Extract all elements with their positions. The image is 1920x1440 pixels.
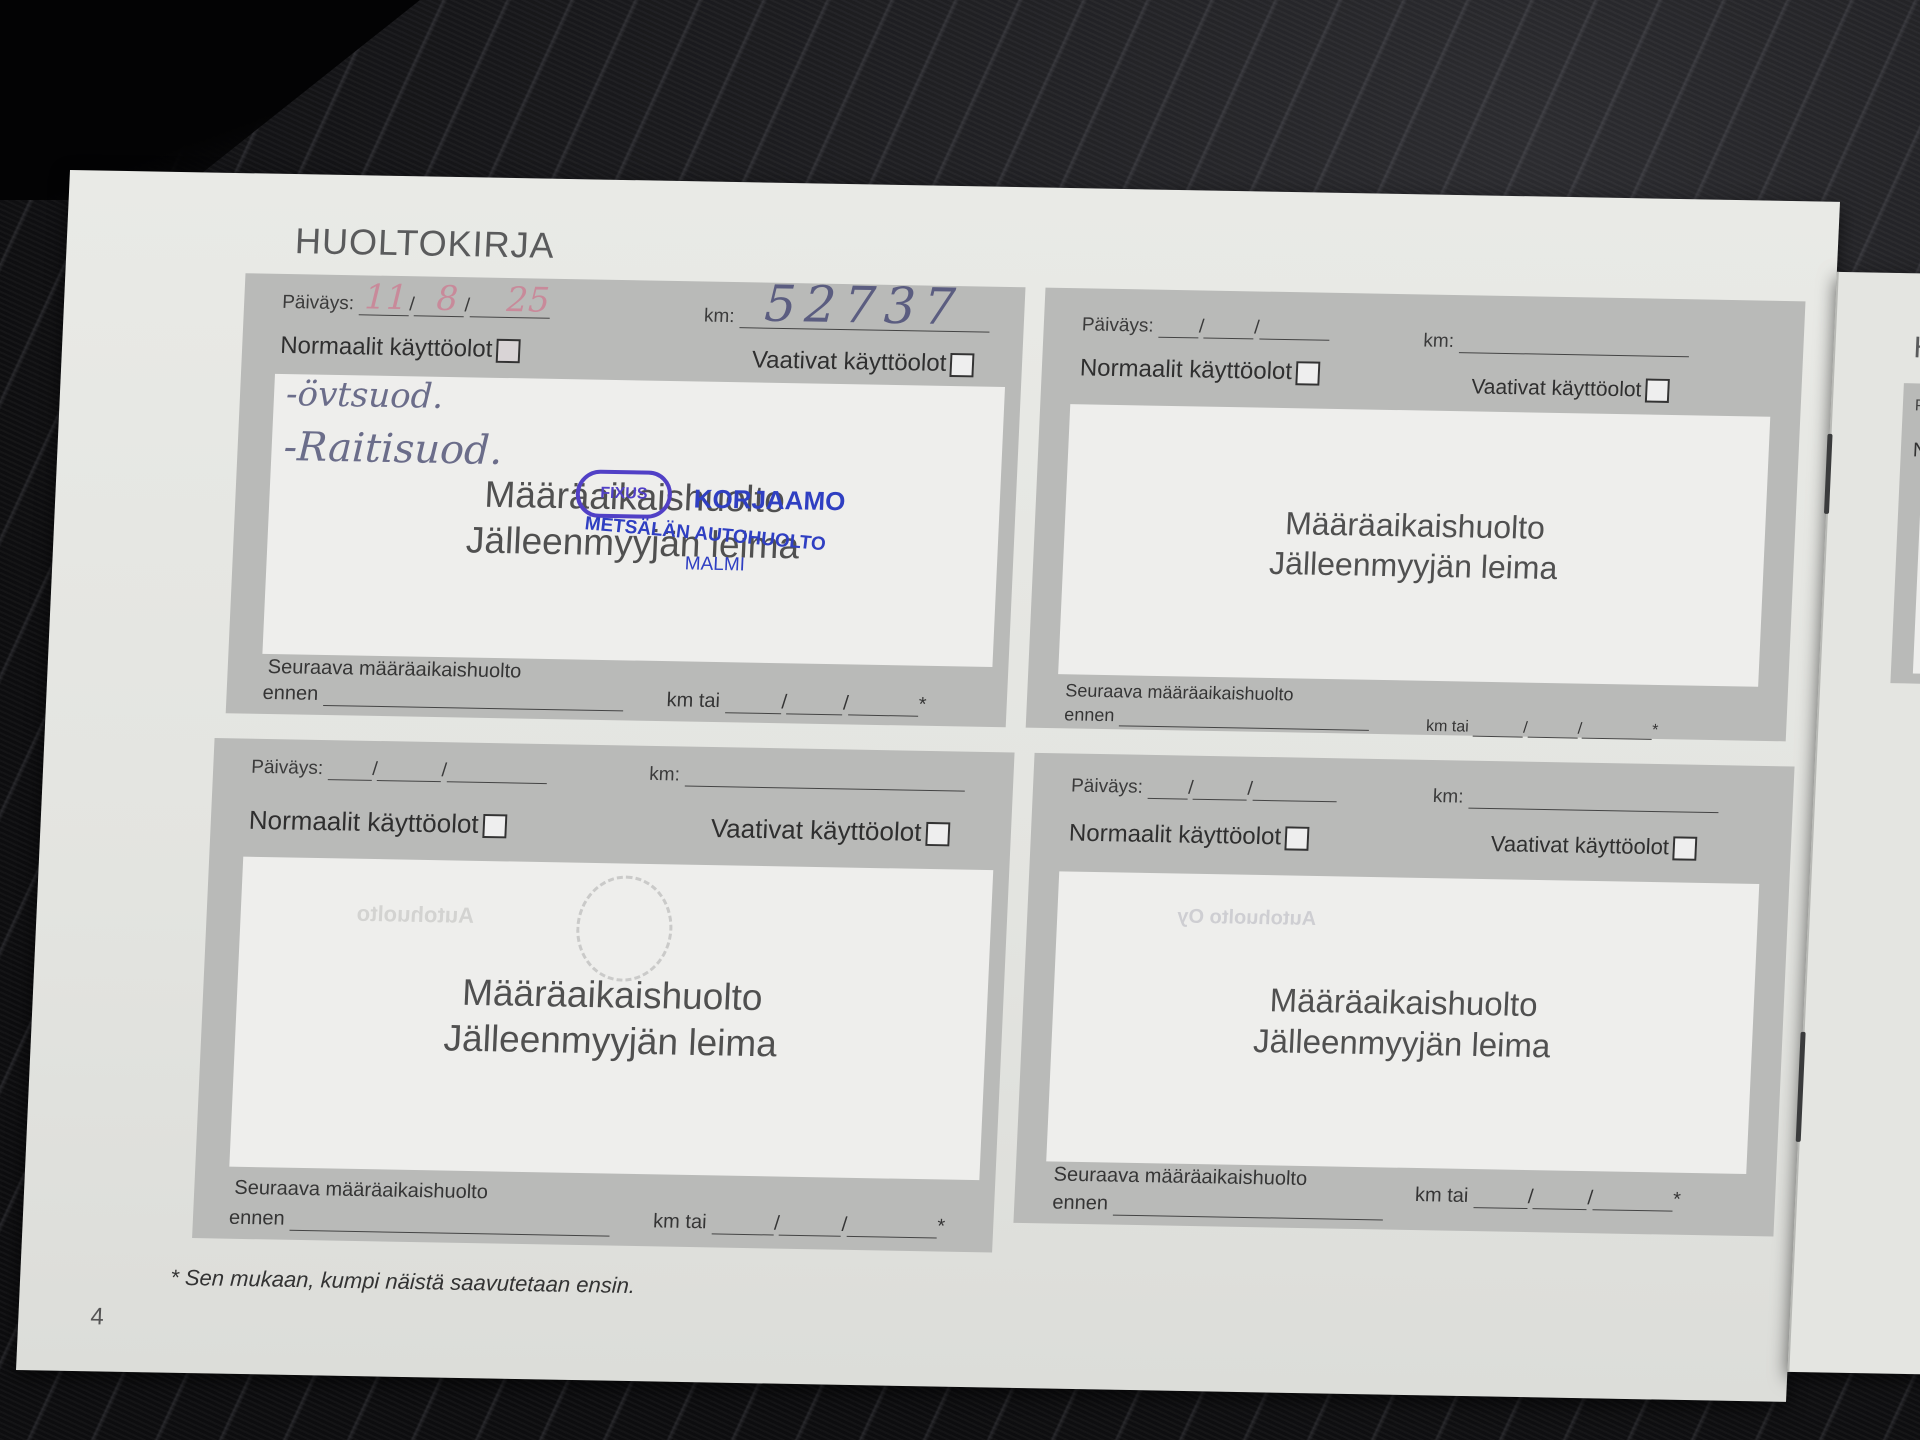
next-service-date-field[interactable]: km tai //* xyxy=(653,1210,946,1238)
handwritten-km: 52737 xyxy=(763,275,965,337)
asterisk: * xyxy=(1673,1189,1682,1211)
next-page-normal-label: Norm xyxy=(1912,439,1920,463)
before-label: ennen xyxy=(229,1207,286,1230)
page-number: 4 xyxy=(90,1303,105,1331)
normal-conditions-checkbox[interactable] xyxy=(1295,361,1320,385)
km-field[interactable]: km: xyxy=(649,764,966,792)
normal-conditions-label: Normaalit käyttöolot xyxy=(1068,820,1281,851)
before-label: ennen xyxy=(262,682,319,705)
km-field[interactable]: km: xyxy=(1432,786,1719,813)
km-or-label: km tai xyxy=(666,689,720,712)
before-label: ennen xyxy=(1064,704,1115,725)
km-or-label: km tai xyxy=(1415,1184,1469,1207)
normal-conditions-option[interactable]: Normaalit käyttöolot xyxy=(248,805,507,841)
handwritten-note-2: -Raitisuod. xyxy=(283,424,504,474)
demanding-conditions-checkbox[interactable] xyxy=(925,822,950,846)
normal-conditions-label: Normaalit käyttöolot xyxy=(1079,354,1292,385)
demanding-conditions-checkbox[interactable] xyxy=(1645,379,1670,403)
next-service-before-field[interactable]: ennen xyxy=(1052,1192,1384,1221)
next-service-label: Seuraava määräaikaishuolto xyxy=(1053,1164,1308,1192)
stamp-label-line1: Määräaikaishuolto xyxy=(1284,503,1546,548)
next-service-before-field[interactable]: ennen xyxy=(262,682,624,712)
date-field[interactable]: Päiväys: // xyxy=(1071,776,1338,803)
demanding-conditions-label: Vaativat käyttöolot xyxy=(1490,831,1669,859)
km-label: km: xyxy=(1432,786,1464,808)
asterisk: * xyxy=(918,694,927,716)
normal-conditions-checkbox[interactable] xyxy=(496,338,521,362)
normal-conditions-option[interactable]: Normaalit käyttöolot xyxy=(1068,820,1309,852)
stamp-location: MALMI xyxy=(684,553,745,576)
stamp-label-line1: Määräaikaishuolto xyxy=(1269,979,1539,1025)
normal-conditions-option[interactable]: Normaalit käyttöolot xyxy=(280,332,521,364)
demanding-conditions-label: Vaativat käyttöolot xyxy=(1471,375,1642,401)
demanding-conditions-label: Vaativat käyttöolot xyxy=(710,813,922,847)
next-page-title: HUOL xyxy=(1913,331,1920,367)
km-label: km: xyxy=(703,306,735,328)
service-entry-3: Päiväys: // km: Normaalit käyttöolot Vaa… xyxy=(192,738,1015,1252)
demanding-conditions-label: Vaativat käyttöolot xyxy=(751,346,947,376)
next-service-label: Seuraava määräaikaishuolto xyxy=(1065,680,1294,705)
handwritten-note-1: -övtsuod. xyxy=(285,374,444,417)
date-label: Päiväys: xyxy=(251,757,324,779)
before-label: ennen xyxy=(1052,1192,1109,1215)
km-label: km: xyxy=(1423,330,1455,352)
next-service-date-field[interactable]: km tai //* xyxy=(1414,1184,1681,1212)
next-service-before-field[interactable]: ennen xyxy=(228,1207,610,1237)
normal-conditions-checkbox[interactable] xyxy=(482,814,507,838)
service-entry-1: Päiväys: // 11 8 25 km: 52737 Normaalit … xyxy=(226,273,1026,727)
next-page-date-label: Päiväy xyxy=(1914,397,1920,416)
service-entry-4: Päiväys: // km: Normaalit käyttöolot Vaa… xyxy=(1013,753,1794,1237)
normal-conditions-label: Normaalit käyttöolot xyxy=(248,805,479,839)
next-service-label: Seuraava määräaikaishuolto xyxy=(234,1177,489,1205)
bleed-through-text: Autohuolto xyxy=(356,901,474,929)
demanding-conditions-option[interactable]: Vaativat käyttöolot xyxy=(1471,375,1670,403)
service-booklet: HUOLTOKIRJA HUOL Päiväy Norm Päiväys: //… xyxy=(16,170,1870,1402)
demanding-conditions-option[interactable]: Vaativat käyttöolot xyxy=(1490,831,1697,861)
date-label: Päiväys: xyxy=(1081,314,1154,336)
stamp-logo: FIXUS xyxy=(575,469,673,519)
handwritten-year: 25 xyxy=(506,280,551,321)
service-entry-2: Päiväys: // km: Normaalit käyttöolot Vaa… xyxy=(1026,288,1806,742)
km-label: km: xyxy=(649,764,681,786)
km-field[interactable]: km: xyxy=(1423,330,1690,357)
handwritten-day: 11 xyxy=(364,277,409,318)
demanding-conditions-checkbox[interactable] xyxy=(950,353,975,377)
km-or-label: km tai xyxy=(653,1210,707,1233)
stamp-company: KORJAAMO xyxy=(693,483,846,517)
bleed-through-text: Autohuolto Oy xyxy=(1177,906,1317,931)
date-field[interactable]: Päiväys: // xyxy=(1081,314,1330,340)
page-title: HUOLTOKIRJA xyxy=(294,220,556,267)
km-or-label: km tai xyxy=(1426,718,1469,736)
stamp-label-line2: Jälleenmyyjän leima xyxy=(1268,543,1558,588)
date-field[interactable]: Päiväys: // xyxy=(251,757,548,784)
next-service-date-field[interactable]: km tai //* xyxy=(666,689,927,717)
demanding-conditions-option[interactable]: Vaativat käyttöolot xyxy=(751,346,975,378)
next-service-label: Seuraava määräaikaishuolto xyxy=(267,656,522,684)
stamp-label-line2: Jälleenmyyjän leima xyxy=(1252,1020,1551,1067)
normal-conditions-label: Normaalit käyttöolot xyxy=(280,332,493,363)
date-label: Päiväys: xyxy=(1071,776,1144,798)
stamp-label-line2: Jälleenmyyjän leima xyxy=(443,1015,778,1067)
handwritten-month: 8 xyxy=(436,279,459,319)
asterisk: * xyxy=(1652,722,1659,739)
stamp-area: Määräaikaishuolto Jälleenmyyjän leima xyxy=(1046,871,1759,1174)
normal-conditions-option[interactable]: Normaalit käyttöolot xyxy=(1079,354,1320,386)
next-service-before-field[interactable]: ennen xyxy=(1064,704,1370,730)
stamp-area: Määräaikaishuolto Jälleenmyyjän leima xyxy=(1058,404,1770,687)
demanding-conditions-checkbox[interactable] xyxy=(1672,837,1697,861)
date-label: Päiväys: xyxy=(282,292,355,314)
next-service-date-field[interactable]: km tai //* xyxy=(1426,715,1659,740)
demanding-conditions-option[interactable]: Vaativat käyttöolot xyxy=(710,813,950,848)
next-page-stamp-area xyxy=(1913,484,1920,675)
asterisk: * xyxy=(937,1215,946,1237)
normal-conditions-checkbox[interactable] xyxy=(1284,826,1309,850)
